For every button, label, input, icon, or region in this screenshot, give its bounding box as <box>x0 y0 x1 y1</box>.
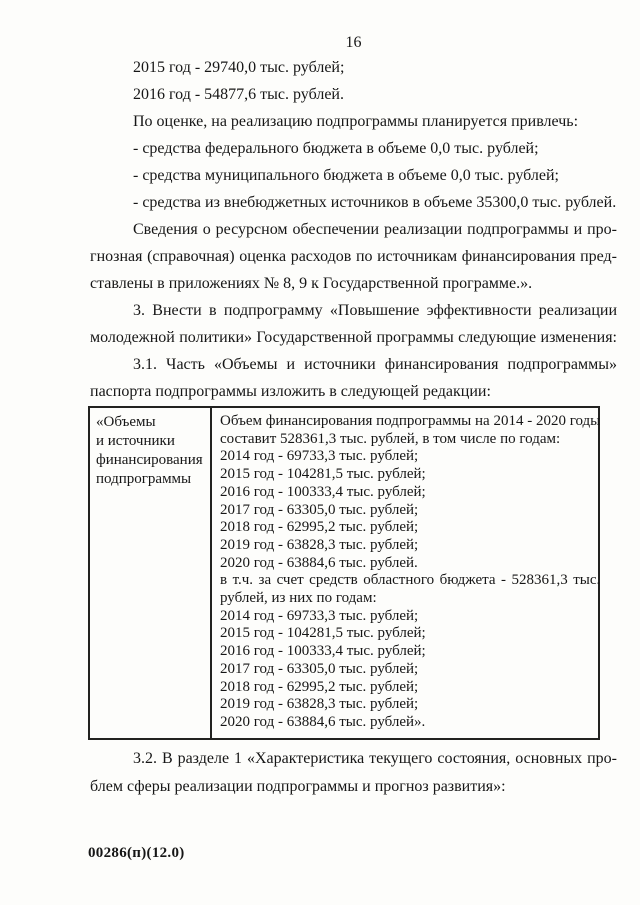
table-header-cell: «Объемы и источники финансирования подпр… <box>90 408 212 738</box>
table-line: 2020 год - 63884,6 тыс. рублей». <box>220 714 600 732</box>
body-text: 2015 год - 29740,0 тыс. рублей; 2016 год… <box>90 54 617 405</box>
text-line: паспорта подпрограммы изложить в следующ… <box>90 378 617 405</box>
text-line: Сведения о ресурсном обеспечении реализа… <box>90 216 617 243</box>
table-line: 2015 год - 104281,5 тыс. рублей; <box>220 625 600 643</box>
table-line: 2014 год - 69733,3 тыс. рублей; <box>220 608 600 626</box>
text-line: 2016 год - 54877,6 тыс. рублей. <box>90 81 617 108</box>
table-line: 2017 год - 63305,0 тыс. рублей; <box>220 661 600 679</box>
text-line: - средства из внебюджетных источников в … <box>90 189 617 216</box>
table-line: подпрограммы <box>96 470 204 489</box>
text-line: молодежной политики» Государственной про… <box>90 324 617 351</box>
document-code: 00286(п)(12.0) <box>88 845 185 862</box>
table-line: 2018 год - 62995,2 тыс. рублей; <box>220 519 600 537</box>
table-value-cell: Объем финансирования подпрограммы на 201… <box>212 408 608 738</box>
text-line: ставлены в приложениях № 8, 9 к Государс… <box>90 270 617 297</box>
table-line: и источники <box>96 432 204 451</box>
text-line: 3.1. Часть «Объемы и источники финансиро… <box>90 351 617 378</box>
table-line: 2016 год - 100333,4 тыс. рублей; <box>220 643 600 661</box>
document-page: 16 2015 год - 29740,0 тыс. рублей; 2016 … <box>0 0 640 905</box>
table-line: 2014 год - 69733,3 тыс. рублей; <box>220 448 600 466</box>
table-line: 2017 год - 63305,0 тыс. рублей; <box>220 502 600 520</box>
text-line: 3. Внести в подпрограмму «Повышение эффе… <box>90 297 617 324</box>
text-line: гнозная (справочная) оценка расходов по … <box>90 243 617 270</box>
text-line: По оценке, на реализацию подпрограммы пл… <box>90 108 617 135</box>
text-line: 3.2. В разделе 1 «Характеристика текущег… <box>90 745 617 773</box>
table-line: 2019 год - 63828,3 тыс. рублей; <box>220 696 600 714</box>
table-line: финансирования <box>96 451 204 470</box>
table-line: 2019 год - 63828,3 тыс. рублей; <box>220 537 600 555</box>
text-line: - средства федерального бюджета в объеме… <box>90 135 617 162</box>
tail-text: 3.2. В разделе 1 «Характеристика текущег… <box>90 745 617 801</box>
table-line: составит 528361,3 тыс. рублей, в том чис… <box>220 431 600 449</box>
table-line: 2020 год - 63884,6 тыс. рублей. <box>220 555 600 573</box>
table-line: 2018 год - 62995,2 тыс. рублей; <box>220 679 600 697</box>
page-number: 16 <box>90 34 617 52</box>
text-line: блем сферы реализации подпрограммы и про… <box>90 773 617 801</box>
table-line: «Объемы <box>96 413 204 432</box>
table-line: Объем финансирования подпрограммы на 201… <box>220 413 600 431</box>
text-line: - средства муниципального бюджета в объе… <box>90 162 617 189</box>
table-line: в т.ч. за счет средств областного бюджет… <box>220 572 600 590</box>
text-line: 2015 год - 29740,0 тыс. рублей; <box>90 54 617 81</box>
table-line: 2016 год - 100333,4 тыс. рублей; <box>220 484 600 502</box>
table-line: рублей, из них по годам: <box>220 590 600 608</box>
passport-table: «Объемы и источники финансирования подпр… <box>88 406 600 740</box>
table-line: 2015 год - 104281,5 тыс. рублей; <box>220 466 600 484</box>
